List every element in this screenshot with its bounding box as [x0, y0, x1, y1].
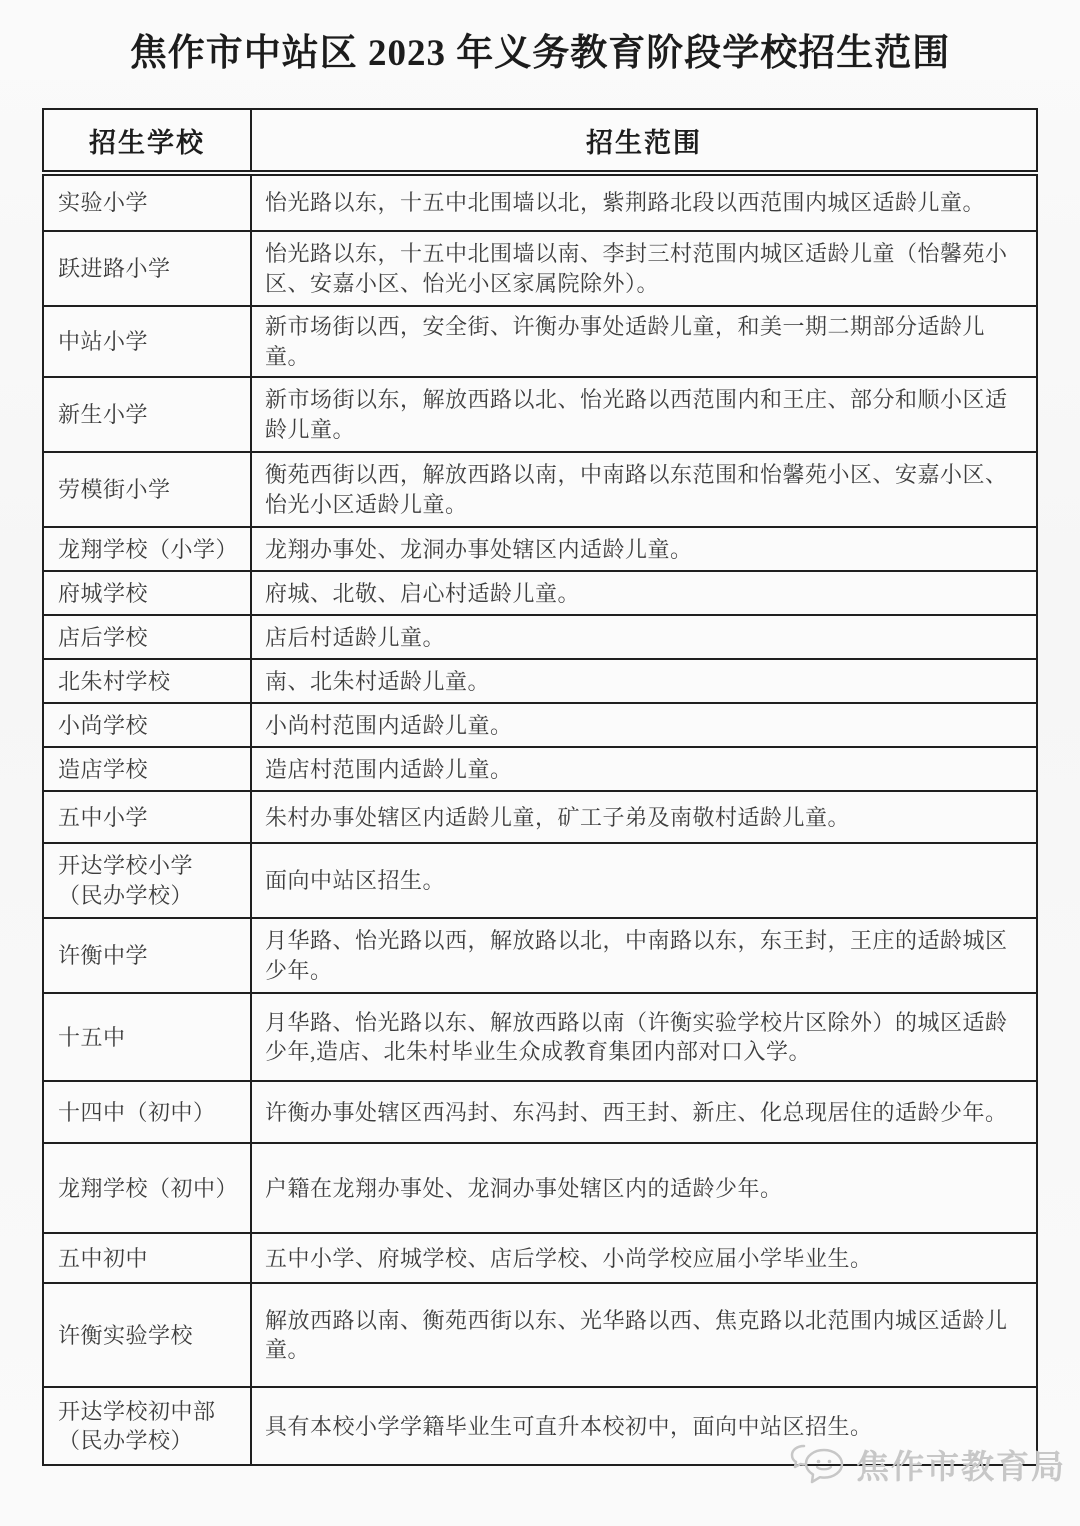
- enrollment-scope-cell: 造店村范围内适龄儿童。: [251, 747, 1037, 791]
- enrollment-scope-cell: 面向中站区招生。: [251, 843, 1037, 918]
- table-row: 劳模街小学 衡苑西街以西，解放西路以南，中南路以东范围和怡馨苑小区、安嘉小区、怡…: [43, 452, 1037, 527]
- enrollment-scope-cell: 府城、北敬、启心村适龄儿童。: [251, 571, 1037, 615]
- school-name-cell: 许衡中学: [43, 918, 251, 993]
- school-name-cell: 北朱村学校: [43, 659, 251, 703]
- school-name-cell: 造店学校: [43, 747, 251, 791]
- school-name-cell: 五中初中: [43, 1233, 251, 1283]
- table-row: 实验小学 怡光路以东，十五中北围墙以北，紫荆路北段以西范围内城区适龄儿童。: [43, 173, 1037, 231]
- school-name-cell: 跃进路小学: [43, 231, 251, 306]
- table-header-row: 招生学校 招生范围: [43, 109, 1037, 173]
- enrollment-scope-cell: 龙翔办事处、龙洞办事处辖区内适龄儿童。: [251, 527, 1037, 571]
- enrollment-scope-cell: 怡光路以东，十五中北围墙以北，紫荆路北段以西范围内城区适龄儿童。: [251, 173, 1037, 231]
- column-header-scope: 招生范围: [251, 109, 1037, 173]
- chat-bubbles-smiley-icon: [790, 1440, 852, 1488]
- enrollment-scope-cell: 店后村适龄儿童。: [251, 615, 1037, 659]
- school-name-cell: 开达学校初中部 （民办学校）: [43, 1387, 251, 1465]
- table-row: 府城学校 府城、北敬、启心村适龄儿童。: [43, 571, 1037, 615]
- enrollment-scope-cell: 月华路、怡光路以东、解放西路以南（许衡实验学校片区除外）的城区适龄少年,造店、北…: [251, 993, 1037, 1081]
- school-name-cell: 十五中: [43, 993, 251, 1081]
- school-name-cell: 中站小学: [43, 306, 251, 377]
- enrollment-scope-cell: 新市场街以西，安全街、许衡办事处适龄儿童，和美一期二期部分适龄儿童。: [251, 306, 1037, 377]
- table-row: 新生小学 新市场街以东，解放西路以北、怡光路以西范围内和王庄、部分和顺小区适龄儿…: [43, 377, 1037, 452]
- watermark: 焦作市教育局: [790, 1440, 1066, 1488]
- school-name-cell: 十四中（初中）: [43, 1081, 251, 1143]
- table-row: 小尚学校 小尚村范围内适龄儿童。: [43, 703, 1037, 747]
- school-name-cell: 实验小学: [43, 173, 251, 231]
- table-row: 店后学校 店后村适龄儿童。: [43, 615, 1037, 659]
- enrollment-scope-cell: 南、北朱村适龄儿童。: [251, 659, 1037, 703]
- table-row: 十四中（初中） 许衡办事处辖区西冯封、东冯封、西王封、新庄、化总现居住的适龄少年…: [43, 1081, 1037, 1143]
- school-name-cell: 五中小学: [43, 791, 251, 843]
- table-row: 造店学校 造店村范围内适龄儿童。: [43, 747, 1037, 791]
- table-row: 开达学校小学 （民办学校） 面向中站区招生。: [43, 843, 1037, 918]
- watermark-label: 焦作市教育局: [856, 1441, 1066, 1488]
- enrollment-scope-cell: 月华路、怡光路以西，解放路以北，中南路以东，东王封，王庄的适龄城区少年。: [251, 918, 1037, 993]
- table-row: 中站小学 新市场街以西，安全街、许衡办事处适龄儿童，和美一期二期部分适龄儿童。: [43, 306, 1037, 377]
- page-title: 焦作市中站区 2023 年义务教育阶段学校招生范围: [0, 0, 1080, 78]
- school-name-cell: 新生小学: [43, 377, 251, 452]
- school-name-cell: 开达学校小学 （民办学校）: [43, 843, 251, 918]
- enrollment-scope-cell: 户籍在龙翔办事处、龙洞办事处辖区内的适龄少年。: [251, 1143, 1037, 1233]
- enrollment-scope-cell: 许衡办事处辖区西冯封、东冯封、西王封、新庄、化总现居住的适龄少年。: [251, 1081, 1037, 1143]
- column-header-school: 招生学校: [43, 109, 251, 173]
- table-row: 龙翔学校（初中） 户籍在龙翔办事处、龙洞办事处辖区内的适龄少年。: [43, 1143, 1037, 1233]
- table-row: 许衡实验学校 解放西路以南、衡苑西街以东、光华路以西、焦克路以北范围内城区适龄儿…: [43, 1283, 1037, 1387]
- enrollment-scope-cell: 小尚村范围内适龄儿童。: [251, 703, 1037, 747]
- enrollment-scope-cell: 五中小学、府城学校、店后学校、小尚学校应届小学毕业生。: [251, 1233, 1037, 1283]
- school-name-cell: 劳模街小学: [43, 452, 251, 527]
- table-row: 五中初中 五中小学、府城学校、店后学校、小尚学校应届小学毕业生。: [43, 1233, 1037, 1283]
- table-row: 龙翔学校（小学） 龙翔办事处、龙洞办事处辖区内适龄儿童。: [43, 527, 1037, 571]
- school-name-cell: 小尚学校: [43, 703, 251, 747]
- enrollment-scope-cell: 衡苑西街以西，解放西路以南，中南路以东范围和怡馨苑小区、安嘉小区、怡光小区适龄儿…: [251, 452, 1037, 527]
- enrollment-scope-cell: 新市场街以东，解放西路以北、怡光路以西范围内和王庄、部分和顺小区适龄儿童。: [251, 377, 1037, 452]
- school-name-cell: 府城学校: [43, 571, 251, 615]
- table-row: 许衡中学 月华路、怡光路以西，解放路以北，中南路以东，东王封，王庄的适龄城区少年…: [43, 918, 1037, 993]
- enrollment-scope-cell: 朱村办事处辖区内适龄儿童，矿工子弟及南敬村适龄儿童。: [251, 791, 1037, 843]
- table-row: 北朱村学校 南、北朱村适龄儿童。: [43, 659, 1037, 703]
- school-name-cell: 许衡实验学校: [43, 1283, 251, 1387]
- table-row: 十五中 月华路、怡光路以东、解放西路以南（许衡实验学校片区除外）的城区适龄少年,…: [43, 993, 1037, 1081]
- school-name-cell: 店后学校: [43, 615, 251, 659]
- school-name-cell: 龙翔学校（小学）: [43, 527, 251, 571]
- school-name-cell: 龙翔学校（初中）: [43, 1143, 251, 1233]
- enrollment-scope-cell: 怡光路以东，十五中北围墙以南、李封三村范围内城区适龄儿童（怡馨苑小区、安嘉小区、…: [251, 231, 1037, 306]
- table-row: 五中小学 朱村办事处辖区内适龄儿童，矿工子弟及南敬村适龄儿童。: [43, 791, 1037, 843]
- admission-range-table: 招生学校 招生范围 实验小学 怡光路以东，十五中北围墙以北，紫荆路北段以西范围内…: [42, 108, 1038, 1466]
- table-row: 跃进路小学 怡光路以东，十五中北围墙以南、李封三村范围内城区适龄儿童（怡馨苑小区…: [43, 231, 1037, 306]
- enrollment-scope-cell: 解放西路以南、衡苑西街以东、光华路以西、焦克路以北范围内城区适龄儿童。: [251, 1283, 1037, 1387]
